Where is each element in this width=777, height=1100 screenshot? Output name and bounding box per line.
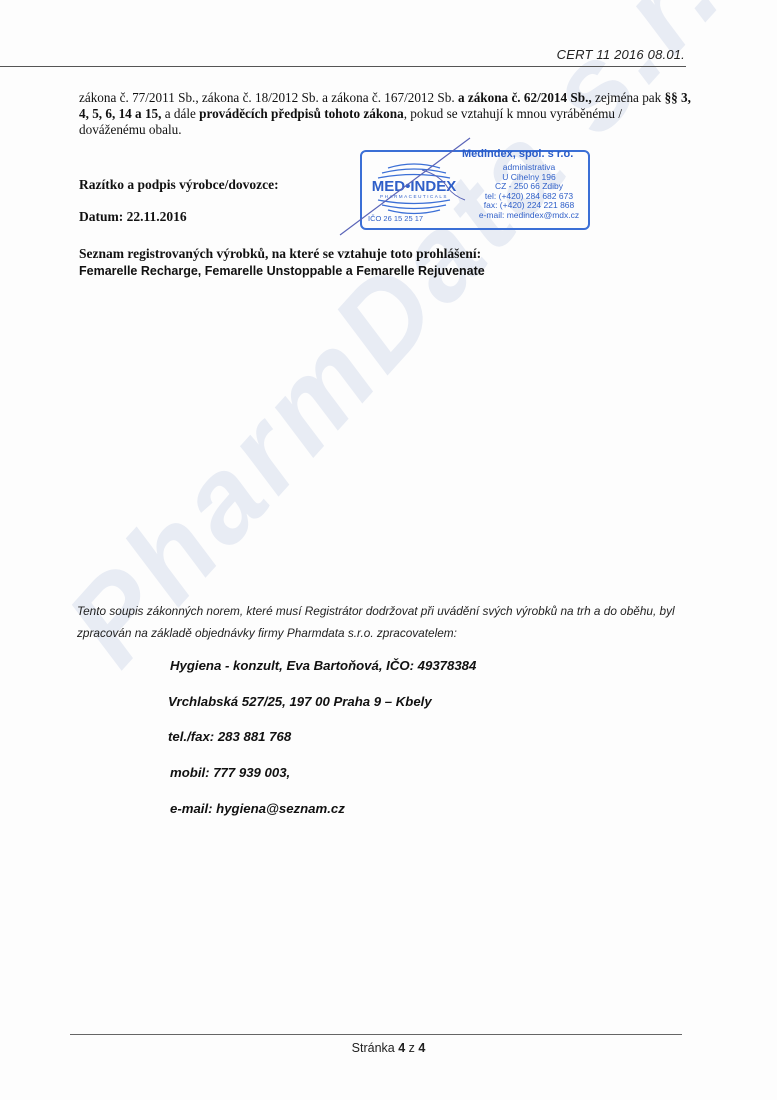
- contact-mobile: mobil: 777 939 003,: [170, 765, 290, 780]
- paragraph-text: a dále: [161, 106, 199, 121]
- paragraph-bold: prováděcích předpisů tohoto zákona: [199, 106, 404, 121]
- legal-paragraph: zákona č. 77/2011 Sb., zákona č. 18/2012…: [79, 90, 691, 138]
- stamp-ico: IČO 26 15 25 17: [368, 214, 423, 223]
- date-label: Datum: 22.11.2016: [79, 209, 187, 225]
- footer-divider: [70, 1034, 682, 1035]
- contact-address: Vrchlabská 527/25, 197 00 Praha 9 – Kbel…: [168, 694, 432, 709]
- processor-note: Tento soupis zákonných norem, které musí…: [77, 600, 707, 644]
- stamp-line: e-mail: medindex@mdx.cz: [470, 211, 588, 221]
- page-number: Stránka 4 z 4: [0, 1041, 777, 1055]
- product-list-title: Seznam registrovaných výrobků, na které …: [79, 246, 481, 262]
- svg-text:PHARMACEUTICALS: PHARMACEUTICALS: [380, 194, 448, 199]
- contact-email: e-mail: hygiena@seznam.cz: [170, 801, 345, 816]
- page-prefix: Stránka: [352, 1041, 399, 1055]
- page-total: 4: [418, 1041, 425, 1055]
- stamp-company-name: Medindex, spol. s r.o.: [462, 148, 573, 160]
- document-page: PharmData s.r.o. CERT 11 2016 08.01. zák…: [0, 0, 777, 1100]
- contact-telfax: tel./fax: 283 881 768: [168, 729, 291, 744]
- contact-name: Hygiena - konzult, Eva Bartoňová, IČO: 4…: [170, 658, 476, 673]
- stamp-signature-label: Razítko a podpis výrobce/dovozce:: [79, 177, 279, 193]
- header-divider: [0, 66, 686, 67]
- paragraph-text: zákona č. 77/2011 Sb., zákona č. 18/2012…: [79, 90, 458, 105]
- company-stamp: MED•INDEX PHARMACEUTICALS Medindex, spol…: [360, 150, 590, 230]
- document-reference: CERT 11 2016 08.01.: [557, 47, 685, 62]
- paragraph-text: zejména pak: [592, 90, 665, 105]
- product-list: Femarelle Recharge, Femarelle Unstoppabl…: [79, 264, 485, 278]
- page-sep: z: [405, 1041, 418, 1055]
- stamp-address-lines: administrativa U Cihelny 196 CZ - 250 66…: [470, 163, 588, 221]
- svg-text:MED•INDEX: MED•INDEX: [372, 178, 456, 195]
- paragraph-bold: a zákona č. 62/2014 Sb.,: [458, 90, 592, 105]
